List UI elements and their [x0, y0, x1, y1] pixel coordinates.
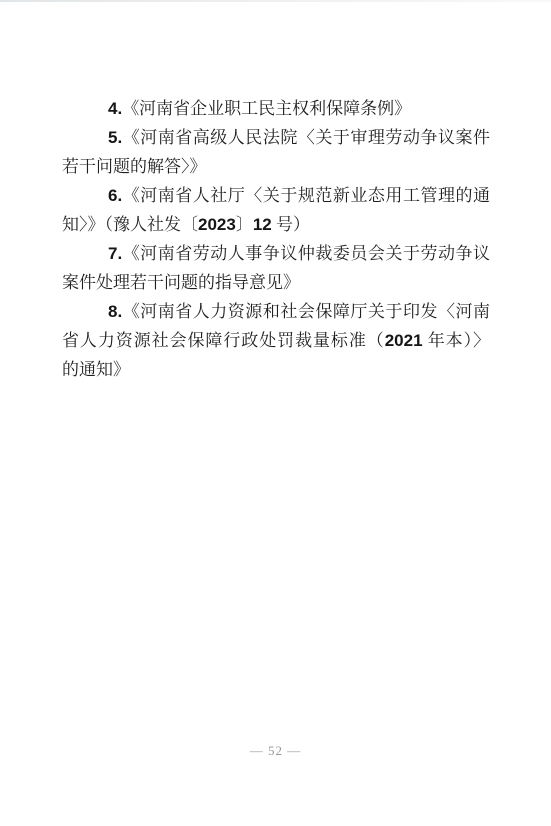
document-line: 知〉》（豫人社发〔2023〕12 号） [62, 210, 490, 239]
body-text: 省人力资源社会保障行政处罚裁量标准（ [62, 331, 385, 350]
numeral-text: 8. [108, 302, 122, 321]
numeral-text: 6. [108, 186, 122, 205]
page-number: — 52 — [0, 743, 551, 758]
body-text: 若干问题的解答〉》 [62, 157, 207, 176]
body-text: 案件处理若干问题的指导意见》 [62, 273, 300, 292]
numeral-text: 7. [108, 244, 122, 263]
document-line: 5.《河南省高级人民法院〈关于审理劳动争议案件 [62, 123, 490, 152]
body-text: 年本）〉 [423, 331, 490, 350]
document-content: 4.《河南省企业职工民主权利保障条例》5.《河南省高级人民法院〈关于审理劳动争议… [62, 94, 490, 384]
document-line: 案件处理若干问题的指导意见》 [62, 268, 490, 297]
numeral-text: 5. [108, 128, 122, 147]
body-text: 《河南省人力资源和社会保障厅关于印发〈河南 [122, 302, 490, 321]
body-text: 知〉》（豫人社发〔 [62, 215, 198, 234]
numeral-text: 2023 [198, 215, 236, 234]
document-line: 若干问题的解答〉》 [62, 152, 490, 181]
document-line: 4.《河南省企业职工民主权利保障条例》 [62, 94, 490, 123]
numeral-text: 4. [108, 99, 122, 118]
document-line: 8.《河南省人力资源和社会保障厅关于印发〈河南 [62, 297, 490, 326]
body-text: 《河南省企业职工民主权利保障条例》 [122, 99, 411, 118]
body-text: 的通知》 [62, 360, 130, 379]
numeral-text: 2021 [385, 331, 423, 350]
body-text: 〕 [236, 215, 253, 234]
numeral-text: 12 [253, 215, 272, 234]
document-line: 的通知》 [62, 355, 490, 384]
body-text: 《河南省高级人民法院〈关于审理劳动争议案件 [122, 128, 490, 147]
body-text: 号） [272, 215, 310, 234]
body-text: 《河南省劳动人事争议仲裁委员会关于劳动争议 [122, 244, 490, 263]
scan-top-edge [0, 0, 551, 2]
document-page: 4.《河南省企业职工民主权利保障条例》5.《河南省高级人民法院〈关于审理劳动争议… [0, 0, 551, 826]
document-line: 6.《河南省人社厅〈关于规范新业态用工管理的通 [62, 181, 490, 210]
document-line: 省人力资源社会保障行政处罚裁量标准（2021 年本）〉 [62, 326, 490, 355]
body-text: 《河南省人社厅〈关于规范新业态用工管理的通 [122, 186, 490, 205]
document-line: 7.《河南省劳动人事争议仲裁委员会关于劳动争议 [62, 239, 490, 268]
